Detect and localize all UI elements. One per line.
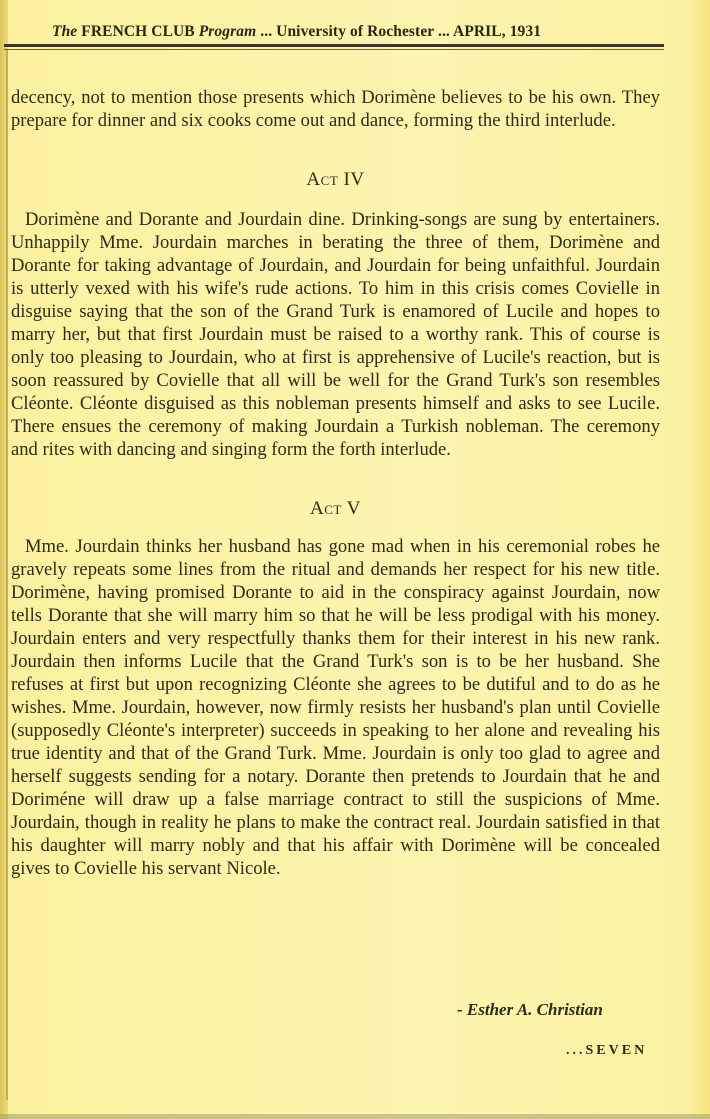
header-the: The bbox=[52, 23, 77, 40]
act-iv-heading: Act IV bbox=[11, 168, 660, 191]
act-iv-paragraph: Dorimène and Dorante and Jourdain dine. … bbox=[11, 208, 660, 461]
binding-shadow bbox=[6, 50, 8, 1100]
page-number: ...SEVEN bbox=[566, 1043, 647, 1059]
intro-paragraph: decency, not to mention those presents w… bbox=[11, 86, 660, 132]
header-rule-thin bbox=[4, 49, 664, 50]
act-v-heading: Act V bbox=[11, 497, 660, 520]
header-rest: ... University of Rochester ... APRIL, 1… bbox=[260, 23, 541, 40]
header-program: Program bbox=[199, 23, 257, 40]
act-v-paragraph: Mme. Jourdain thinks her husband has gon… bbox=[11, 535, 660, 880]
page-bottom-edge bbox=[0, 1114, 710, 1119]
running-header: The FRENCH CLUB Program ... University o… bbox=[52, 23, 541, 41]
document-page: The FRENCH CLUB Program ... University o… bbox=[0, 0, 710, 1119]
header-club: FRENCH CLUB bbox=[81, 23, 194, 40]
body-text: decency, not to mention those presents w… bbox=[11, 86, 660, 880]
author-signature: - Esther A. Christian bbox=[457, 1000, 603, 1020]
header-rule-thick bbox=[4, 44, 664, 47]
